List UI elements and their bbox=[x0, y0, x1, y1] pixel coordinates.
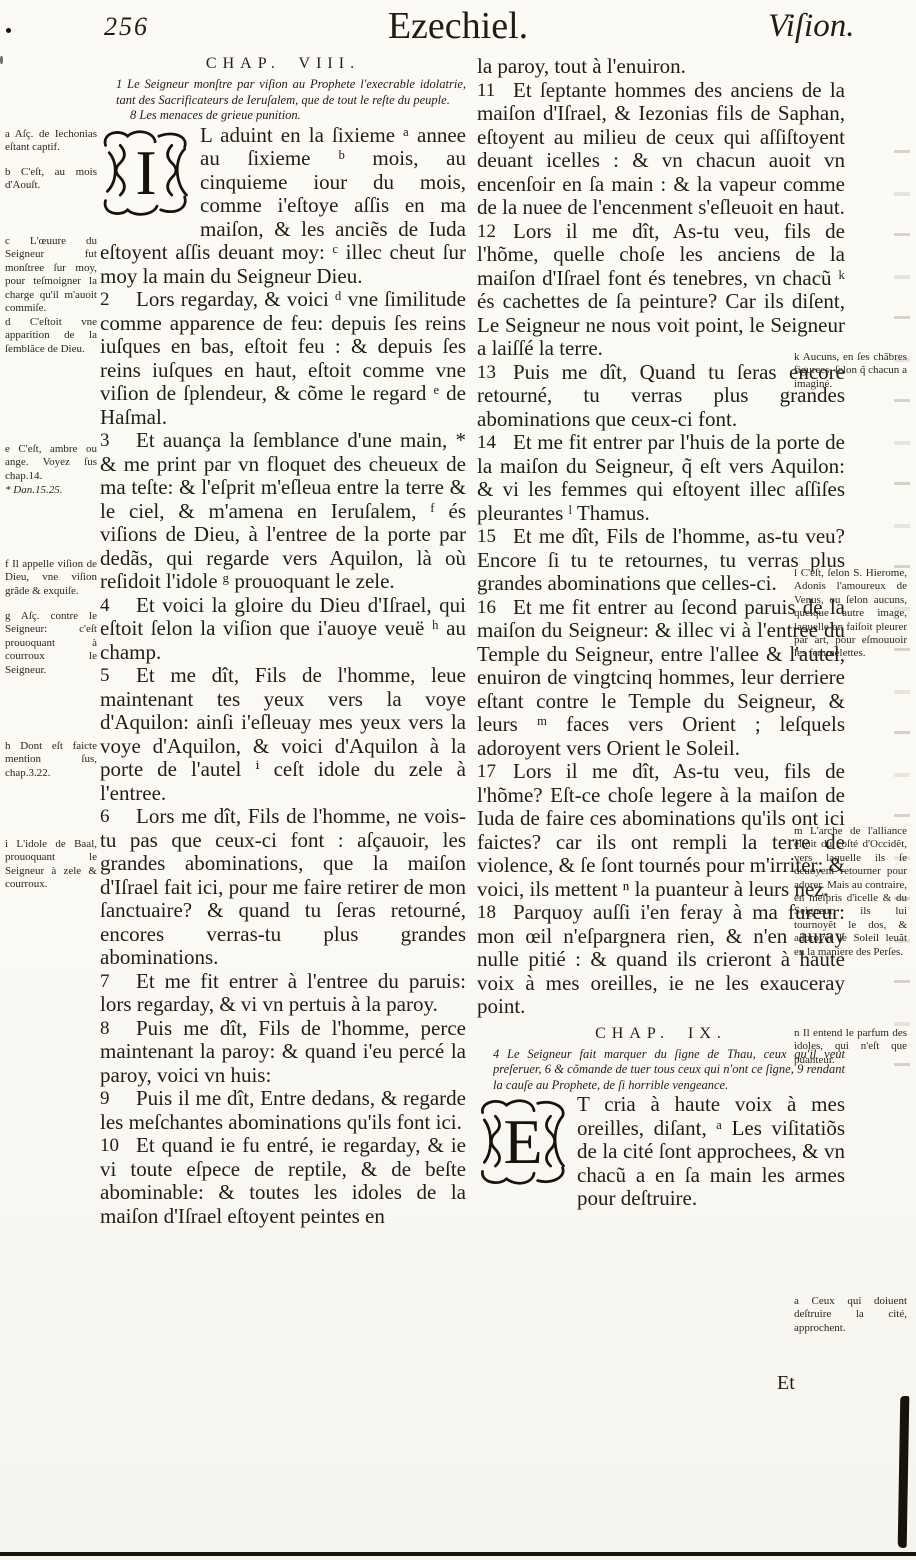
margin-note-h: h Dont eſt faicte mention ſus, chap.3.22… bbox=[5, 740, 97, 780]
verse-text: Et me fit entrer à l'entree du paruis: l… bbox=[100, 969, 466, 1017]
verse-14: 14Et me fit entrer par l'huis de la port… bbox=[477, 431, 845, 525]
chapter-8-argument-1: 1 Le Seigneur monſtre par viſion au Prop… bbox=[116, 77, 466, 108]
verse-number: 14 bbox=[477, 431, 513, 455]
verse-text: Et me dît, Fils de l'homme, leue mainten… bbox=[100, 663, 466, 805]
verse-text: Et me dît, Fils de l'homme, as-tu veu? E… bbox=[477, 524, 845, 595]
woodcut-initial-E: E bbox=[477, 1096, 569, 1188]
right-text-column: la paroy, tout à l'enuiron.11Et ſeptante… bbox=[477, 55, 845, 1211]
scan-edge-ink-blotch bbox=[898, 1396, 910, 1548]
margin-note-l: l C'eſt, ſelon S. Hierome, Adonis l'amou… bbox=[794, 567, 907, 661]
verse-6: 6Lors me dît, Fils de l'homme, ne vois-t… bbox=[100, 805, 466, 970]
verse-text: T cria à haute voix à mes oreilles, diſa… bbox=[577, 1092, 845, 1210]
initial-letter: E bbox=[477, 1096, 569, 1188]
verse-text: Et auança la ſemblance d'une main, * & m… bbox=[100, 428, 466, 593]
verse-12: 12Lors il me dît, As-tu veu, fils de l'h… bbox=[477, 220, 845, 361]
left-text-column: CHAP. VIII. 1 Le Seigneur monſtre par vi… bbox=[100, 55, 466, 1228]
verse-10: 10Et quand ie fu entré, ie regarday, & i… bbox=[100, 1134, 466, 1228]
verse-3: 3Et auança la ſemblance d'une main, * & … bbox=[100, 429, 466, 594]
chapter-8-argument-2: 8 Les menaces de grieue punition. bbox=[130, 108, 466, 124]
verse-2: 2Lors regarday, & voici ᵈ vne ſimilitude… bbox=[100, 288, 466, 429]
verse-number: 5 bbox=[100, 664, 136, 688]
verse-15: 15Et me dît, Fils de l'homme, as-tu veu?… bbox=[477, 525, 845, 596]
catchword: Et bbox=[777, 1372, 795, 1395]
verse-18: 18Parquoy auſſi i'en feray à ma fureur: … bbox=[477, 901, 845, 1019]
margin-note-f: f Il appelle viſion de Dieu, vne viſion … bbox=[5, 558, 97, 598]
verse-9: 9Puis il me dît, Entre dedans, & regarde… bbox=[100, 1087, 466, 1134]
verse-text: Lors me dît, Fils de l'homme, ne vois-tu… bbox=[100, 804, 466, 969]
verses-11-18: la paroy, tout à l'enuiron.11Et ſeptante… bbox=[477, 55, 845, 1019]
verse-1: I L aduint en la ſixieme ᵃ annee au ſixi… bbox=[100, 124, 466, 289]
margin-note-k: k Aucuns, en ſes chãbres figurees, ſelon… bbox=[794, 351, 907, 391]
verse-text: Et ſeptante hommes des anciens de la mai… bbox=[477, 78, 845, 220]
verse-text: Puis me dît, Fils de l'homme, perce main… bbox=[100, 1016, 466, 1087]
verse-number: 7 bbox=[100, 970, 136, 994]
verse-continuation: la paroy, tout à l'enuiron. bbox=[477, 55, 845, 79]
verse-number: 9 bbox=[100, 1087, 136, 1111]
verse-text: Et voici la gloire du Dieu d'Iſrael, qui… bbox=[100, 593, 466, 664]
running-head-right: Viſion. bbox=[768, 8, 854, 45]
initial-letter: I bbox=[100, 127, 192, 219]
verse-text: Lors regarday, & voici ᵈ vne ſimilitude … bbox=[100, 287, 466, 429]
verse-text: Et me fit entrer au ſecond paruis de la … bbox=[477, 595, 845, 760]
verse-number: 2 bbox=[100, 288, 136, 312]
verse-number: 12 bbox=[477, 220, 513, 244]
verse-11: 11Et ſeptante hommes des anciens de la m… bbox=[477, 79, 845, 220]
verse-text: la paroy, tout à l'enuiron. bbox=[477, 54, 686, 78]
verse-number: 10 bbox=[100, 1134, 136, 1158]
margin-note-m: m L'arche de l'alliance eſtoit du coſté … bbox=[794, 825, 907, 959]
verse-text: Puis me dît, Quand tu ſeras encore retou… bbox=[477, 360, 845, 431]
chapter-8-heading: CHAP. VIII. bbox=[100, 55, 466, 73]
verses-1-10: 2Lors regarday, & voici ᵈ vne ſimilitude… bbox=[100, 288, 466, 1228]
scan-edge-bottom-line bbox=[0, 1552, 916, 1556]
chapter-9-verse-1: E T cria à haute voix à mes oreilles, di… bbox=[477, 1093, 845, 1211]
verse-7: 7Et me fit entrer à l'entree du paruis: … bbox=[100, 970, 466, 1017]
margin-note-a-chap9: a Ceux qui doiuent deſtruire la cité, ap… bbox=[794, 1295, 907, 1335]
margin-note-g: g Aſç. contre le Seigneur: c'eſt prouoqu… bbox=[5, 610, 97, 677]
ink-speck bbox=[0, 56, 3, 64]
verse-number: 17 bbox=[477, 760, 513, 784]
verse-number: 6 bbox=[100, 805, 136, 829]
margin-note-dan-reference: * Dan.15.25. bbox=[5, 484, 97, 497]
verse-number: 13 bbox=[477, 361, 513, 385]
verse-text: Puis il me dît, Entre dedans, & regarde … bbox=[100, 1086, 466, 1134]
margin-note-b: b C'eſt, au mois d'Aouſt. bbox=[5, 166, 97, 193]
verse-number: 11 bbox=[477, 79, 513, 103]
margin-note-a: a Aſç. de Iechonias eſtant captif. bbox=[5, 128, 97, 155]
verse-text: Et quand ie fu entré, ie regarday, & ie … bbox=[100, 1133, 466, 1228]
verse-number: 18 bbox=[477, 901, 513, 925]
chapter-9-argument: 4 Le Seigneur fait marquer du ſigne de T… bbox=[493, 1047, 845, 1094]
woodcut-initial-I: I bbox=[100, 127, 192, 219]
verse-13: 13Puis me dît, Quand tu ſeras encore ret… bbox=[477, 361, 845, 432]
verse-5: 5Et me dît, Fils de l'homme, leue mainte… bbox=[100, 664, 466, 805]
verse-text: Et me fit entrer par l'huis de la porte … bbox=[477, 430, 845, 525]
verse-number: 4 bbox=[100, 594, 136, 618]
verse-number: 8 bbox=[100, 1017, 136, 1041]
verse-16: 16Et me fit entrer au ſecond paruis de l… bbox=[477, 596, 845, 761]
verse-number: 3 bbox=[100, 429, 136, 453]
margin-note-c: c L'œuure du Seigneur fut monſtree ſur m… bbox=[5, 235, 97, 315]
verse-text: Lors il me dît, As-tu veu, fils de l'hõm… bbox=[477, 759, 845, 901]
margin-note-i: i L'idole de Baal, prouoquant le Seigneu… bbox=[5, 838, 97, 892]
verse-number: 16 bbox=[477, 596, 513, 620]
verse-number: 15 bbox=[477, 525, 513, 549]
verse-8: 8Puis me dît, Fils de l'homme, perce mai… bbox=[100, 1017, 466, 1088]
verse-17: 17Lors il me dît, As-tu veu, fils de l'h… bbox=[477, 760, 845, 901]
margin-note-n: n Il entend le parfum des idoles, qui n'… bbox=[794, 1027, 907, 1067]
page-bleed-through-artifacts bbox=[894, 150, 910, 1100]
chapter-9-heading: CHAP. IX. bbox=[477, 1025, 845, 1043]
verse-text: Lors il me dît, As-tu veu, fils de l'hõm… bbox=[477, 219, 845, 361]
scanned-book-page: 256 Ezechiel. Viſion. CHAP. VIII. 1 Le S… bbox=[0, 0, 916, 1560]
margin-note-e: e C'eſt, ambre ou ange. Voyez ſus chap.1… bbox=[5, 443, 97, 483]
verse-text: Parquoy auſſi i'en feray à ma fureur: mo… bbox=[477, 900, 845, 1018]
ink-speck bbox=[6, 28, 11, 33]
chapter-9-block: CHAP. IX. 4 Le Seigneur fait marquer du … bbox=[477, 1025, 845, 1211]
verse-4: 4Et voici la gloire du Dieu d'Iſrael, qu… bbox=[100, 594, 466, 665]
margin-note-d: d C'eſtoit vne apparition de la ſemblãce… bbox=[5, 316, 97, 356]
